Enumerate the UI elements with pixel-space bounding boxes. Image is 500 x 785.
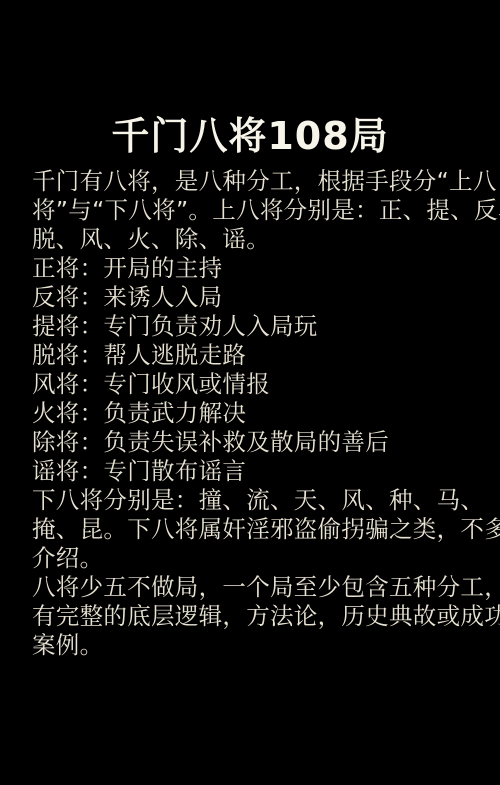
body-text: 千门有八将，是八种分工，根据手段分“上八将”与“下八将”。上八将分别是：正、提、…: [0, 160, 500, 660]
text-line: 反将：来诱人入局: [32, 283, 486, 312]
text-line: 掩、昆。下八将属奸淫邪盗偷拐骗之类，不多: [32, 515, 486, 544]
text-line: 有完整的底层逻辑，方法论，历史典故或成功: [32, 602, 486, 631]
text-line: 千门有八将，是八种分工，根据手段分“上八: [32, 167, 486, 196]
text-line: 案例。: [32, 631, 486, 660]
text-line: 八将少五不做局，一个局至少包含五种分工，: [32, 573, 486, 602]
text-line: 脱将：帮人逃脱走路: [32, 341, 486, 370]
text-line: 提将：专门负责劝人入局玩: [32, 312, 486, 341]
text-line: 谣将：专门散布谣言: [32, 457, 486, 486]
text-line: 下八将分别是：撞、流、天、风、种、马、: [32, 486, 486, 515]
text-line: 介绍。: [32, 544, 486, 573]
text-line: 脱、风、火、除、谣。: [32, 225, 486, 254]
text-line: 将”与“下八将”。上八将分别是：正、提、反、: [32, 196, 486, 225]
text-line: 除将：负责失误补救及散局的善后: [32, 428, 486, 457]
page-title: 千门八将108局: [0, 0, 500, 160]
text-line: 正将：开局的主持: [32, 254, 486, 283]
text-card-page: 千门八将108局 千门有八将，是八种分工，根据手段分“上八将”与“下八将”。上八…: [0, 0, 500, 785]
text-line: 风将：专门收风或情报: [32, 370, 486, 399]
text-line: 火将：负责武力解决: [32, 399, 486, 428]
